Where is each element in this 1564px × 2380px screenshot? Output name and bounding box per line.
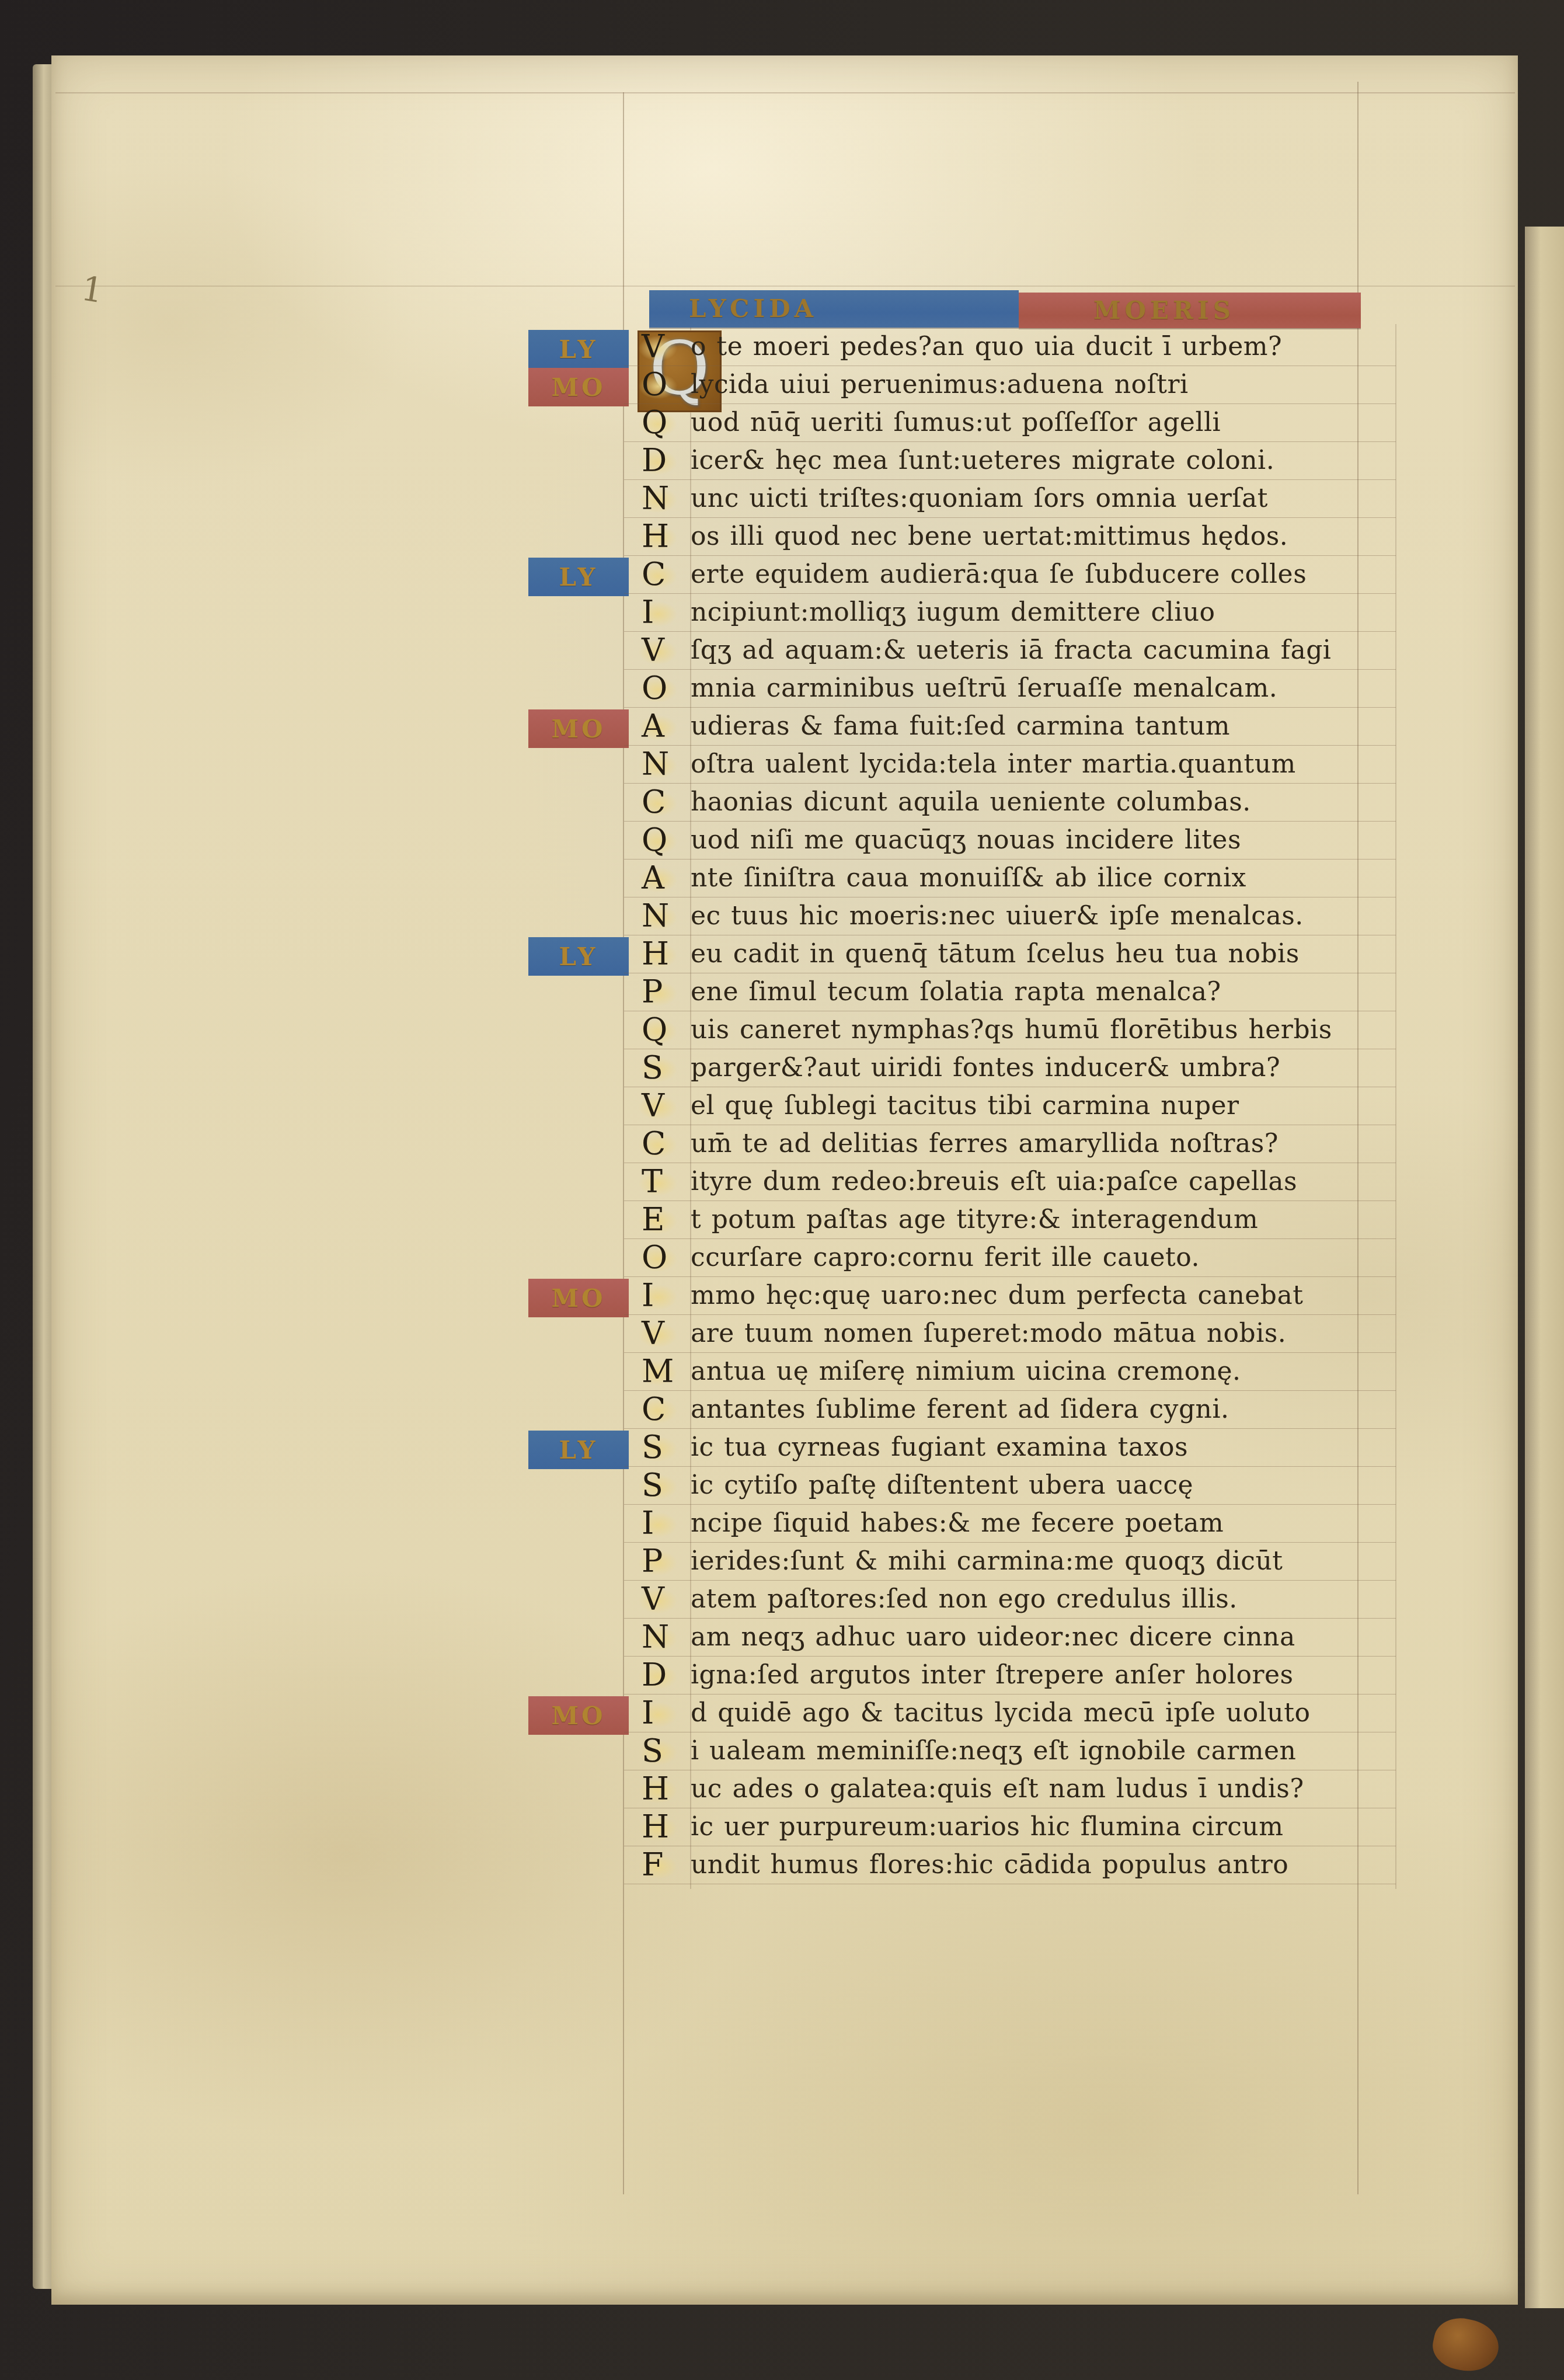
speaker-box-mo: MO	[528, 1696, 629, 1735]
text-line: Dicer& hęc mea ſunt:ueteres migrate colo…	[624, 442, 1396, 480]
line-initial: V	[624, 1090, 691, 1122]
line-text: uc ades o galatea:quis eſt nam ludus ī u…	[691, 1776, 1396, 1802]
line-text: ncipiunt:molliqʒ iugum demittere cliuo	[691, 600, 1396, 625]
text-line: Cum̄ te ad delitias ferres amaryllida no…	[624, 1125, 1396, 1163]
line-initial: P	[624, 1546, 691, 1577]
line-text: t potum paſtas age tityre:& interagendum	[691, 1207, 1396, 1233]
text-line: Certe equidem audierā:qua ſe ſubducere c…	[624, 556, 1396, 594]
line-initial: D	[624, 1659, 691, 1691]
line-text: ccurſare capro:cornu ferit ille caueto.	[691, 1245, 1396, 1271]
text-line: Quis caneret nymphas?qs humū florētibus …	[624, 1011, 1396, 1049]
text-line: Quod nūq̄ ueriti ſumus:ut poſſeſſor agel…	[624, 404, 1396, 442]
line-text: parger&?aut uiridi fontes inducer& umbra…	[691, 1055, 1396, 1081]
line-initial: E	[624, 1204, 691, 1236]
banner-label-moeris: MOERIS	[1093, 295, 1235, 324]
line-text: eu cadit in quenq̄ tātum ſcelus heu tua …	[691, 941, 1396, 967]
line-initial: A	[624, 711, 691, 742]
line-initial: N	[624, 749, 691, 780]
speaker-label: MO	[551, 715, 605, 743]
line-text: ityre dum redeo:breuis eſt uia:paſce cap…	[691, 1169, 1396, 1195]
line-text: uod nūq̄ ueriti ſumus:ut poſſeſſor agell…	[691, 410, 1396, 436]
line-initial: A	[624, 862, 691, 894]
line-text: oſtra ualent lycida:tela inter martia.qu…	[691, 751, 1396, 777]
line-text: antua uę miſerę nimium uicina cremonę.	[691, 1359, 1396, 1384]
text-line: Tityre dum redeo:breuis eſt uia:paſce ca…	[624, 1163, 1396, 1201]
binding-clasp	[1429, 2313, 1503, 2376]
line-initial: Q	[624, 824, 691, 856]
speaker-label: MO	[551, 1284, 605, 1313]
speaker-label: MO	[551, 373, 605, 402]
speaker-label: MO	[551, 1702, 605, 1730]
text-line: Vo te moeri pedes?an quo uia ducit ī urb…	[624, 328, 1396, 366]
line-text: el quę ſublegi tacitus tibi carmina nupe…	[691, 1093, 1396, 1119]
line-text: are tuum nomen ſuperet:modo mātua nobis.	[691, 1321, 1396, 1346]
text-line: Noſtra ualent lycida:tela inter martia.q…	[624, 746, 1396, 784]
text-line: Occurſare capro:cornu ferit ille caueto.	[624, 1239, 1396, 1277]
speaker-box-mo: MO	[528, 709, 629, 748]
text-line: Quod niſi me quacūqʒ nouas incidere lite…	[624, 822, 1396, 860]
line-text: antantes ſublime ferent ad ſidera cygni.	[691, 1397, 1396, 1422]
line-initial: O	[624, 673, 691, 704]
text-line: Sparger&?aut uiridi fontes inducer& umbr…	[624, 1049, 1396, 1087]
line-initial: N	[624, 900, 691, 932]
line-text: ic uer purpureum:uarios hic flumina circ…	[691, 1814, 1396, 1840]
line-initial: S	[624, 1470, 691, 1501]
line-text: lycida uiui peruenimus:aduena noſtri	[691, 372, 1396, 398]
line-initial: M	[624, 1356, 691, 1387]
text-line: Hic uer purpureum:uarios hic flumina cir…	[624, 1808, 1396, 1846]
text-line: Vſqʒ ad aquam:& ueteris iā fracta cacumi…	[624, 632, 1396, 670]
ruling-horizontal-header	[55, 286, 1515, 287]
line-initial: V	[624, 1318, 691, 1349]
text-line: Olycida uiui peruenimus:aduena noſtri	[624, 366, 1396, 404]
line-text: nte ſiniſtra caua monuiſſ& ab ilice corn…	[691, 865, 1396, 891]
line-initial: S	[624, 1052, 691, 1084]
line-initial: V	[624, 635, 691, 666]
line-initial: S	[624, 1735, 691, 1767]
text-line: Nunc uicti triſtes:quoniam ſors omnia ue…	[624, 480, 1396, 518]
text-line: Hos illi quod nec bene uertat:mittimus h…	[624, 518, 1396, 556]
text-line: Omnia carminibus ueſtrū ſeruaſſe menalca…	[624, 670, 1396, 708]
line-text: am neqʒ adhuc uaro uideor:nec dicere cin…	[691, 1624, 1396, 1650]
line-text: um̄ te ad delitias ferres amaryllida noſ…	[691, 1131, 1396, 1157]
speaker-box-mo: MO	[528, 1279, 629, 1317]
speaker-banner-lycidas: LYCIDA	[649, 290, 1019, 328]
text-line: Immo hęc:quę uaro:nec dum perfecta caneb…	[624, 1277, 1396, 1315]
verse-text-block: Vo te moeri pedes?an quo uia ducit ī urb…	[624, 328, 1396, 1884]
line-text: ene ſimul tecum ſolatia rapta menalca?	[691, 979, 1396, 1005]
line-initial: C	[624, 1394, 691, 1425]
line-text: os illi quod nec bene uertat:mittimus hę…	[691, 524, 1396, 549]
line-initial: H	[624, 1811, 691, 1843]
speaker-label: LY	[559, 563, 598, 591]
line-initial: D	[624, 445, 691, 476]
line-text: ierides:ſunt & mihi carmina:me quoqʒ dic…	[691, 1549, 1396, 1574]
line-initial: F	[624, 1849, 691, 1881]
line-text: ſqʒ ad aquam:& ueteris iā fracta cacumin…	[691, 638, 1396, 663]
speaker-label: LY	[559, 942, 598, 971]
line-text: erte equidem audierā:qua ſe ſubducere co…	[691, 562, 1396, 587]
text-line: Vel quę ſublegi tacitus tibi carmina nup…	[624, 1087, 1396, 1125]
line-initial: H	[624, 521, 691, 552]
text-line: Huc ades o galatea:quis eſt nam ludus ī …	[624, 1770, 1396, 1808]
line-initial: Q	[624, 1014, 691, 1046]
line-initial: I	[624, 1508, 691, 1539]
line-text: udieras & fama fuit:ſed carmina tantum	[691, 714, 1396, 739]
line-initial: I	[624, 1697, 691, 1729]
line-initial: C	[624, 787, 691, 818]
line-initial: V	[624, 331, 691, 363]
line-text: d quidē ago & tacitus lycida mecū ipſe u…	[691, 1700, 1396, 1726]
line-text: uis caneret nymphas?qs humū florētibus h…	[691, 1017, 1396, 1043]
text-line: Cantantes ſublime ferent ad ſidera cygni…	[624, 1391, 1396, 1429]
text-line: Digna:ſed argutos inter ſtrepere anſer h…	[624, 1657, 1396, 1694]
underlying-page-edge	[1525, 227, 1564, 2308]
line-text: haonias dicunt aquila ueniente columbas.	[691, 789, 1396, 815]
line-initial: C	[624, 1128, 691, 1160]
text-line: Et potum paſtas age tityre:& interagendu…	[624, 1201, 1396, 1239]
text-line: Ante ſiniſtra caua monuiſſ& ab ilice cor…	[624, 860, 1396, 897]
text-line: Si ualeam meminiſſe:neqʒ eſt ignobile ca…	[624, 1732, 1396, 1770]
line-text: mnia carminibus ueſtrū ſeruaſſe menalcam…	[691, 676, 1396, 701]
manuscript-photo: 1 LYCIDA MOERIS Q LYMOLYMOLYMOLYMO Vo te…	[0, 0, 1564, 2380]
speaker-box-mo: MO	[528, 368, 629, 406]
line-initial: H	[624, 1773, 691, 1805]
speaker-box-ly: LY	[528, 1431, 629, 1469]
line-text: ic tua cyrneas fugiant examina taxos	[691, 1435, 1396, 1460]
line-initial: V	[624, 1584, 691, 1615]
text-line: Nam neqʒ adhuc uaro uideor:nec dicere ci…	[624, 1619, 1396, 1657]
line-initial: H	[624, 938, 691, 970]
line-text: igna:ſed argutos inter ſtrepere anſer ho…	[691, 1662, 1396, 1688]
line-text: undit humus flores:hic cādida populus an…	[691, 1852, 1396, 1878]
text-line: Id quidē ago & tacitus lycida mecū ipſe …	[624, 1694, 1396, 1732]
line-initial: T	[624, 1166, 691, 1198]
line-initial: P	[624, 976, 691, 1008]
text-line: Sic cytiſo paſtę diſtentent ubera uaccę	[624, 1467, 1396, 1505]
line-text: uod niſi me quacūqʒ nouas incidere lites	[691, 827, 1396, 853]
text-line: Vatem paſtores:ſed non ego credulus illi…	[624, 1581, 1396, 1619]
line-initial: I	[624, 1280, 691, 1311]
line-text: unc uicti triſtes:quoniam ſors omnia uer…	[691, 486, 1396, 512]
text-line: Fundit humus flores:hic cādida populus a…	[624, 1846, 1396, 1884]
speaker-box-ly: LY	[528, 330, 629, 368]
banner-label-lycidas: LYCIDA	[689, 294, 817, 323]
line-initial: O	[624, 1242, 691, 1273]
text-line: Pene ſimul tecum ſolatia rapta menalca?	[624, 973, 1396, 1011]
text-line: Audieras & fama fuit:ſed carmina tantum	[624, 708, 1396, 746]
line-text: mmo hęc:quę uaro:nec dum perfecta caneba…	[691, 1283, 1396, 1309]
ruling-horizontal-top	[55, 92, 1515, 93]
speaker-box-ly: LY	[528, 558, 629, 596]
line-text: icer& hęc mea ſunt:ueteres migrate colon…	[691, 448, 1396, 474]
line-initial: S	[624, 1432, 691, 1463]
line-text: atem paſtores:ſed non ego credulus illis…	[691, 1586, 1396, 1612]
text-line: Vare tuum nomen ſuperet:modo mātua nobis…	[624, 1315, 1396, 1353]
speaker-box-ly: LY	[528, 937, 629, 976]
line-text: o te moeri pedes?an quo uia ducit ī urbe…	[691, 334, 1396, 360]
line-initial: O	[624, 369, 691, 401]
line-text: i ualeam meminiſſe:neqʒ eſt ignobile car…	[691, 1738, 1396, 1764]
text-line: Incipe ſiquid habes:& me fecere poetam	[624, 1505, 1396, 1543]
speaker-banner-moeris: MOERIS	[1019, 293, 1361, 328]
page-left-edge	[33, 64, 53, 2289]
speaker-label: LY	[559, 335, 598, 364]
text-line: Pierides:ſunt & mihi carmina:me quoqʒ di…	[624, 1543, 1396, 1581]
text-line: Chaonias dicunt aquila ueniente columbas…	[624, 784, 1396, 822]
line-text: ic cytiſo paſtę diſtentent ubera uaccę	[691, 1473, 1396, 1498]
line-initial: N	[624, 483, 691, 514]
line-text: ncipe ſiquid habes:& me fecere poetam	[691, 1511, 1396, 1536]
text-line: Incipiunt:molliqʒ iugum demittere cliuo	[624, 594, 1396, 632]
line-initial: C	[624, 559, 691, 590]
line-text: ec tuus hic moeris:nec uiuer& ipſe menal…	[691, 903, 1396, 929]
text-line: Mantua uę miſerę nimium uicina cremonę.	[624, 1353, 1396, 1391]
text-line: Sic tua cyrneas fugiant examina taxos	[624, 1429, 1396, 1467]
line-initial: N	[624, 1622, 691, 1653]
speaker-label: LY	[559, 1436, 598, 1464]
text-line: Nec tuus hic moeris:nec uiuer& ipſe mena…	[624, 897, 1396, 935]
line-initial: Q	[624, 407, 691, 439]
text-line: Heu cadit in quenq̄ tātum ſcelus heu tua…	[624, 935, 1396, 973]
line-initial: I	[624, 597, 691, 628]
